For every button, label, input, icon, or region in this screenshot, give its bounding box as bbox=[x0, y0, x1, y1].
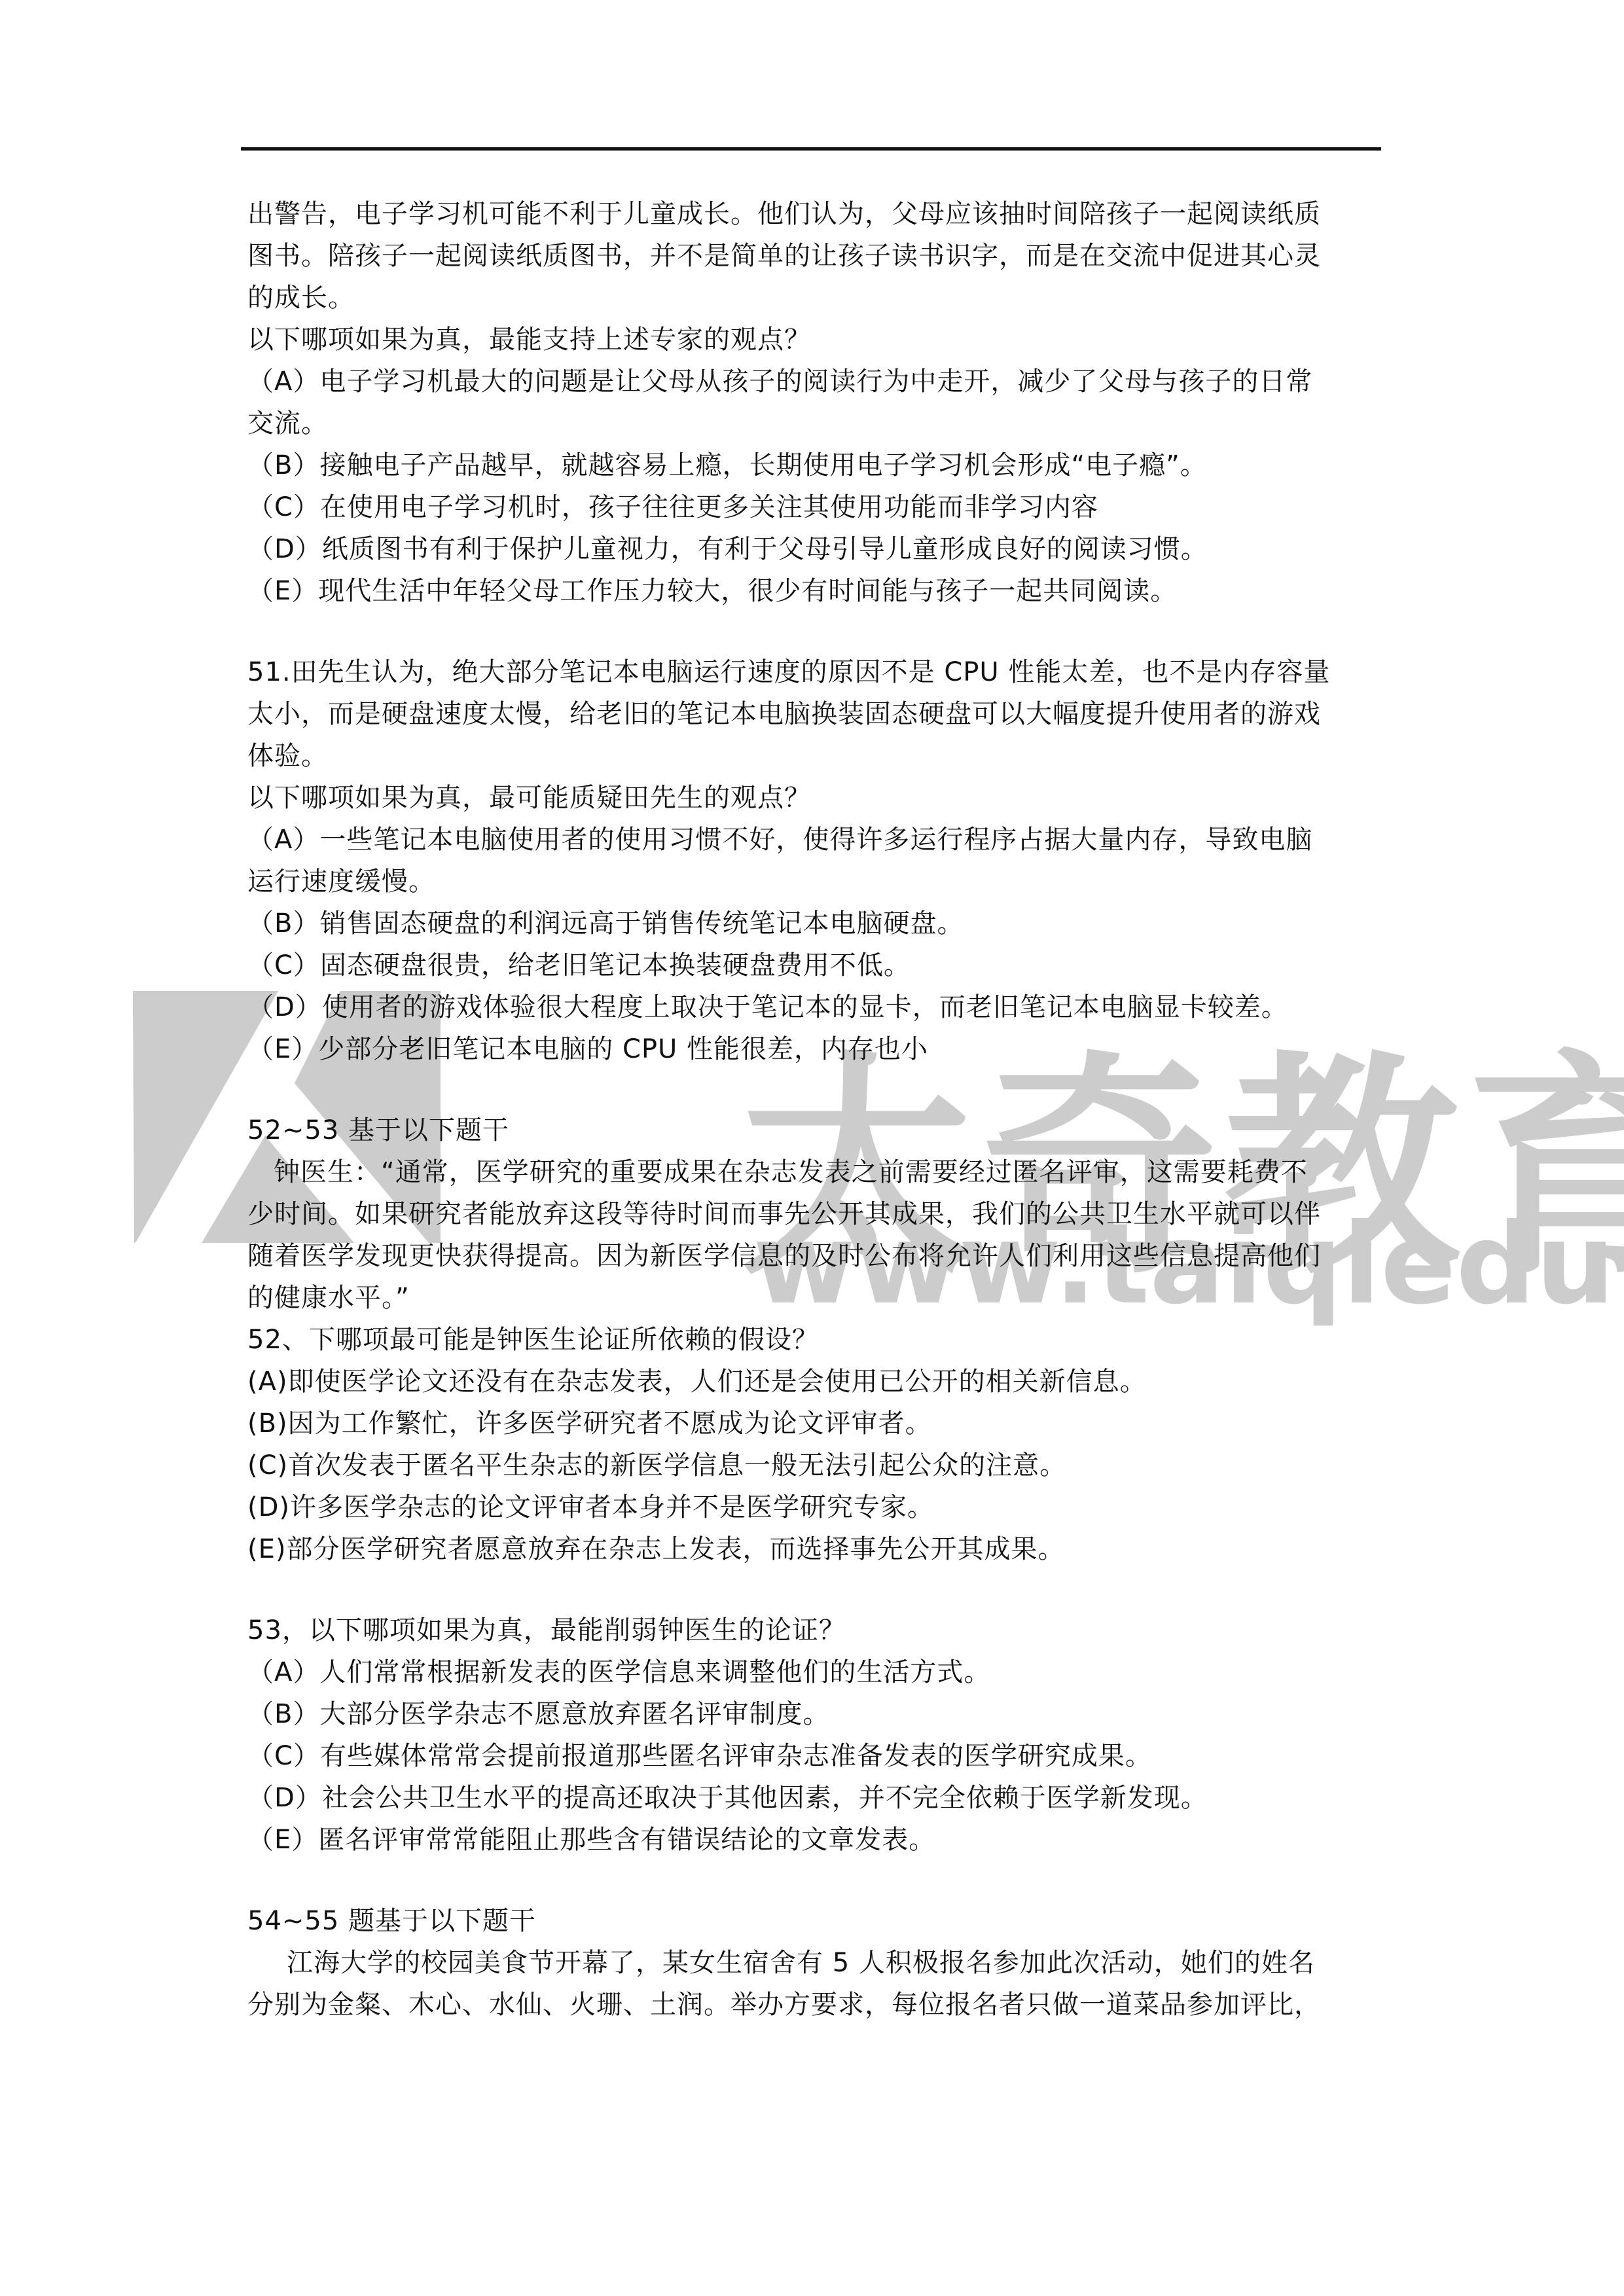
option-text: 部分医学研究者愿意放弃在杂志上发表，而选择事先公开其成果。 bbox=[286, 1534, 1064, 1564]
spacer bbox=[247, 1861, 1386, 1900]
passage-line: 钟医生：“通常，医学研究的重要成果在杂志发表之前需要经过匿名评审，这需要耗费不 bbox=[247, 1151, 1386, 1193]
option-c: （C）固态硬盘很贵，给老旧笔记本换装硬盘费用不低。 bbox=[247, 944, 1386, 986]
section-header: 54~55 题基于以下题干 bbox=[247, 1900, 1386, 1942]
option-b: （B）接触电子产品越早，就越容易上瘾，长期使用电子学习机会形成“电子瘾”。 bbox=[247, 444, 1386, 486]
option-label: （D） bbox=[247, 1783, 322, 1813]
option-text: 有些媒体常常会提前报道那些匿名评审杂志准备发表的医学研究成果。 bbox=[320, 1741, 1152, 1771]
stem-line: 51.田先生认为，绝大部分笔记本电脑运行速度的原因不是 CPU 性能太差，也不是… bbox=[247, 651, 1386, 693]
option-a: （A）电子学习机最大的问题是让父母从孩子的阅读行为中走开，减少了父母与孩子的日常 bbox=[247, 361, 1386, 403]
stem-line: 体验。 bbox=[247, 735, 1386, 777]
option-a: （A）人们常常根据新发表的医学信息来调整他们的生活方式。 bbox=[247, 1651, 1386, 1693]
option-a-cont: 交流。 bbox=[247, 403, 1386, 444]
spacer bbox=[247, 1070, 1386, 1109]
option-a: (A)即使医学论文还没有在杂志发表，人们还是会使用已公开的相关新信息。 bbox=[247, 1361, 1386, 1403]
question-54-55: 54~55 题基于以下题干 江海大学的校园美食节开幕了，某女生宿舍有 5 人积极… bbox=[247, 1900, 1386, 2026]
option-e: （E）少部分老旧笔记本电脑的 CPU 性能很差，内存也小 bbox=[247, 1028, 1386, 1070]
question-prompt: 以下哪项如果为真，最可能质疑田先生的观点？ bbox=[247, 777, 1386, 819]
option-label: （B） bbox=[247, 450, 319, 480]
option-text: 少部分老旧笔记本电脑的 CPU 性能很差，内存也小 bbox=[318, 1034, 928, 1064]
option-label: （A） bbox=[247, 367, 319, 397]
passage-line: 分别为金粲、木心、水仙、火珊、土润。举办方要求，每位报名者只做一道菜品参加评比， bbox=[247, 1984, 1386, 2026]
option-b: (B)因为工作繁忙，许多医学研究者不愿成为论文评审者。 bbox=[247, 1403, 1386, 1444]
passage-line: 少时间。如果研究者能放弃这段等待时间而事先公开其成果，我们的公共卫生水平就可以伴 bbox=[247, 1193, 1386, 1235]
passage-line: 江海大学的校园美食节开幕了，某女生宿舍有 5 人积极报名参加此次活动，她们的姓名 bbox=[247, 1942, 1386, 1984]
option-d: （D）纸质图书有利于保护儿童视力，有利于父母引导儿童形成良好的阅读习惯。 bbox=[247, 528, 1386, 570]
option-text: 社会公共卫生水平的提高还取决于其他因素，并不完全依赖于医学新发现。 bbox=[322, 1783, 1208, 1813]
option-e: （E）现代生活中年轻父母工作压力较大，很少有时间能与孩子一起共同阅读。 bbox=[247, 570, 1386, 612]
option-text: 使用者的游戏体验很大程度上取决于笔记本的显卡，而老旧笔记本电脑显卡较差。 bbox=[322, 992, 1288, 1022]
option-text: 电子学习机最大的问题是让父母从孩子的阅读行为中走开，减少了父母与孩子的日常 bbox=[319, 367, 1312, 397]
stem-line: 太小，而是硬盘速度太慢，给老旧的笔记本电脑换装固态硬盘可以大幅度提升使用者的游戏 bbox=[247, 693, 1386, 735]
option-label: （A） bbox=[247, 825, 319, 855]
option-text: 即使医学论文还没有在杂志发表，人们还是会使用已公开的相关新信息。 bbox=[288, 1367, 1147, 1397]
question-prompt: 52、下哪项最可能是钟医生论证所依赖的假设？ bbox=[247, 1319, 1386, 1361]
option-label: （E） bbox=[247, 576, 318, 606]
option-label: (C) bbox=[247, 1450, 288, 1480]
option-text: 首次发表于匿名平生杂志的新医学信息一般无法引起公众的注意。 bbox=[288, 1450, 1066, 1480]
option-c: （C）有些媒体常常会提前报道那些匿名评审杂志准备发表的医学研究成果。 bbox=[247, 1735, 1386, 1777]
option-d: （D）使用者的游戏体验很大程度上取决于笔记本的显卡，而老旧笔记本电脑显卡较差。 bbox=[247, 986, 1386, 1028]
option-text: 固态硬盘很贵，给老旧笔记本换装硬盘费用不低。 bbox=[320, 950, 911, 980]
option-label: （E） bbox=[247, 1034, 318, 1064]
option-a: （A）一些笔记本电脑使用者的使用习惯不好，使得许多运行程序占据大量内存，导致电脑 bbox=[247, 819, 1386, 861]
option-c: （C）在使用电子学习机时，孩子往往更多关注其使用功能而非学习内容 bbox=[247, 486, 1386, 528]
option-text: 许多医学杂志的论文评审者本身并不是医学研究专家。 bbox=[290, 1492, 934, 1522]
spacer bbox=[247, 1570, 1386, 1609]
header-rule bbox=[241, 147, 1381, 151]
question-52: 52、下哪项最可能是钟医生论证所依赖的假设？ (A)即使医学论文还没有在杂志发表… bbox=[247, 1319, 1386, 1570]
option-text: 现代生活中年轻父母工作压力较大，很少有时间能与孩子一起共同阅读。 bbox=[318, 576, 1177, 606]
option-text: 在使用电子学习机时，孩子往往更多关注其使用功能而非学习内容 bbox=[320, 492, 1098, 522]
option-e: （E）匿名评审常常能阻止那些含有错误结论的文章发表。 bbox=[247, 1819, 1386, 1861]
option-label: (A) bbox=[247, 1367, 288, 1397]
option-label: （B） bbox=[247, 1699, 319, 1729]
option-label: （D） bbox=[247, 992, 322, 1022]
option-label: （A） bbox=[247, 1657, 319, 1687]
option-label: （C） bbox=[247, 492, 320, 522]
option-text: 接触电子产品越早，就越容易上瘾，长期使用电子学习机会形成“电子瘾”。 bbox=[319, 450, 1206, 480]
option-text: 大部分医学杂志不愿意放弃匿名评审制度。 bbox=[319, 1699, 829, 1729]
question-prompt: 以下哪项如果为真，最能支持上述专家的观点？ bbox=[247, 319, 1386, 361]
spacer bbox=[247, 612, 1386, 651]
question-52-53: 52~53 基于以下题干 钟医生：“通常，医学研究的重要成果在杂志发表之前需要经… bbox=[247, 1109, 1386, 1861]
option-label: (B) bbox=[247, 1408, 288, 1439]
question-53: 53，以下哪项如果为真，最能削弱钟医生的论证？ （A）人们常常根据新发表的医学信… bbox=[247, 1609, 1386, 1861]
option-d: （D）社会公共卫生水平的提高还取决于其他因素，并不完全依赖于医学新发现。 bbox=[247, 1777, 1386, 1819]
option-c: (C)首次发表于匿名平生杂志的新医学信息一般无法引起公众的注意。 bbox=[247, 1444, 1386, 1486]
question-50: 出警告，电子学习机可能不利于儿童成长。他们认为，父母应该抽时间陪孩子一起阅读纸质… bbox=[247, 193, 1386, 612]
passage-line: 出警告，电子学习机可能不利于儿童成长。他们认为，父母应该抽时间陪孩子一起阅读纸质 bbox=[247, 193, 1386, 235]
option-text: 人们常常根据新发表的医学信息来调整他们的生活方式。 bbox=[319, 1657, 990, 1687]
option-label: （E） bbox=[247, 1825, 318, 1855]
option-label: （D） bbox=[247, 534, 322, 564]
option-e: (E)部分医学研究者愿意放弃在杂志上发表，而选择事先公开其成果。 bbox=[247, 1528, 1386, 1570]
option-a-cont: 运行速度缓慢。 bbox=[247, 861, 1386, 903]
option-text: 纸质图书有利于保护儿童视力，有利于父母引导儿童形成良好的阅读习惯。 bbox=[322, 534, 1208, 564]
document-body: 出警告，电子学习机可能不利于儿童成长。他们认为，父母应该抽时间陪孩子一起阅读纸质… bbox=[247, 193, 1386, 2026]
option-label: （C） bbox=[247, 950, 320, 980]
option-label: （C） bbox=[247, 1741, 320, 1771]
question-51: 51.田先生认为，绝大部分笔记本电脑运行速度的原因不是 CPU 性能太差，也不是… bbox=[247, 651, 1386, 1070]
option-label: (E) bbox=[247, 1534, 286, 1564]
question-prompt: 53，以下哪项如果为真，最能削弱钟医生的论证？ bbox=[247, 1609, 1386, 1651]
option-d: (D)许多医学杂志的论文评审者本身并不是医学研究专家。 bbox=[247, 1486, 1386, 1528]
option-text: 销售固态硬盘的利润远高于销售传统笔记本电脑硬盘。 bbox=[319, 908, 964, 939]
passage-line: 的健康水平。” bbox=[247, 1277, 1386, 1319]
option-text: 一些笔记本电脑使用者的使用习惯不好，使得许多运行程序占据大量内存，导致电脑 bbox=[319, 825, 1312, 855]
passage-line: 随着医学发现更快获得提高。因为新医学信息的及时公布将允许人们利用这些信息提高他们 bbox=[247, 1235, 1386, 1277]
option-b: （B）大部分医学杂志不愿意放弃匿名评审制度。 bbox=[247, 1693, 1386, 1735]
passage-line: 的成长。 bbox=[247, 277, 1386, 319]
option-label: （B） bbox=[247, 908, 319, 939]
option-label: (D) bbox=[247, 1492, 290, 1522]
passage-line: 图书。陪孩子一起阅读纸质图书，并不是简单的让孩子读书识字，而是在交流中促进其心灵 bbox=[247, 235, 1386, 277]
option-b: （B）销售固态硬盘的利润远高于销售传统笔记本电脑硬盘。 bbox=[247, 903, 1386, 944]
section-header: 52~53 基于以下题干 bbox=[247, 1109, 1386, 1151]
option-text: 因为工作繁忙，许多医学研究者不愿成为论文评审者。 bbox=[288, 1408, 932, 1439]
option-text: 匿名评审常常能阻止那些含有错误结论的文章发表。 bbox=[318, 1825, 935, 1855]
